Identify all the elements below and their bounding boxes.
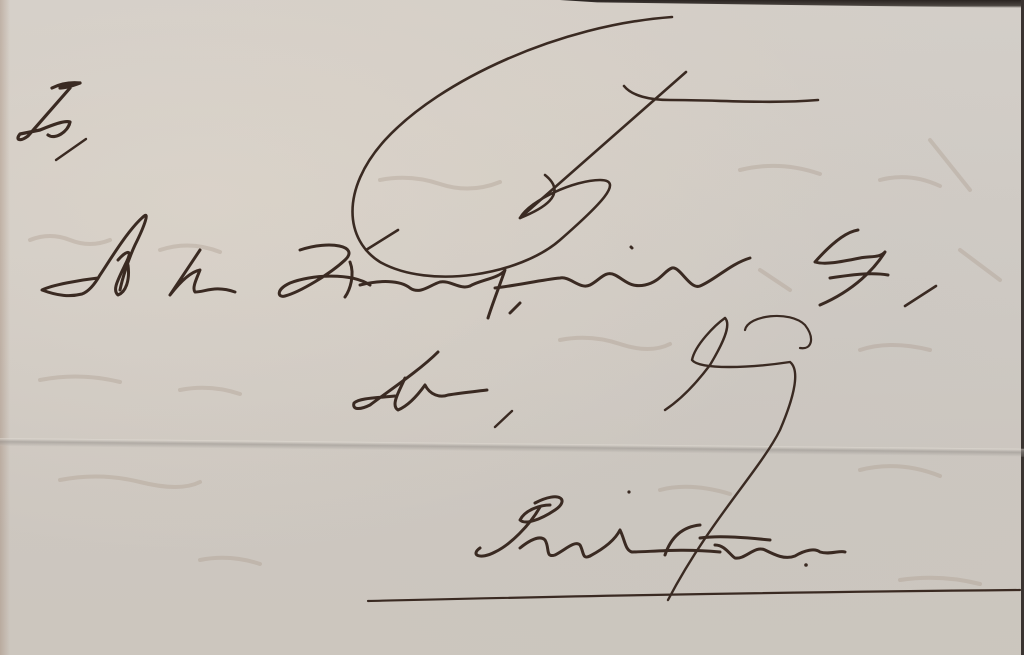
handwriting [0,0,1024,655]
title-solr [354,352,512,427]
salutation-to [18,83,86,160]
town-penistone [476,490,845,566]
letter-cover: To, John Dransfield Esq, Solr, Penistone… [0,0,1024,655]
address-underline [368,590,1020,601]
name-john [42,215,235,295]
title-esq [815,230,936,306]
rate-mark-large [353,17,819,277]
name-dransfield [279,245,750,318]
